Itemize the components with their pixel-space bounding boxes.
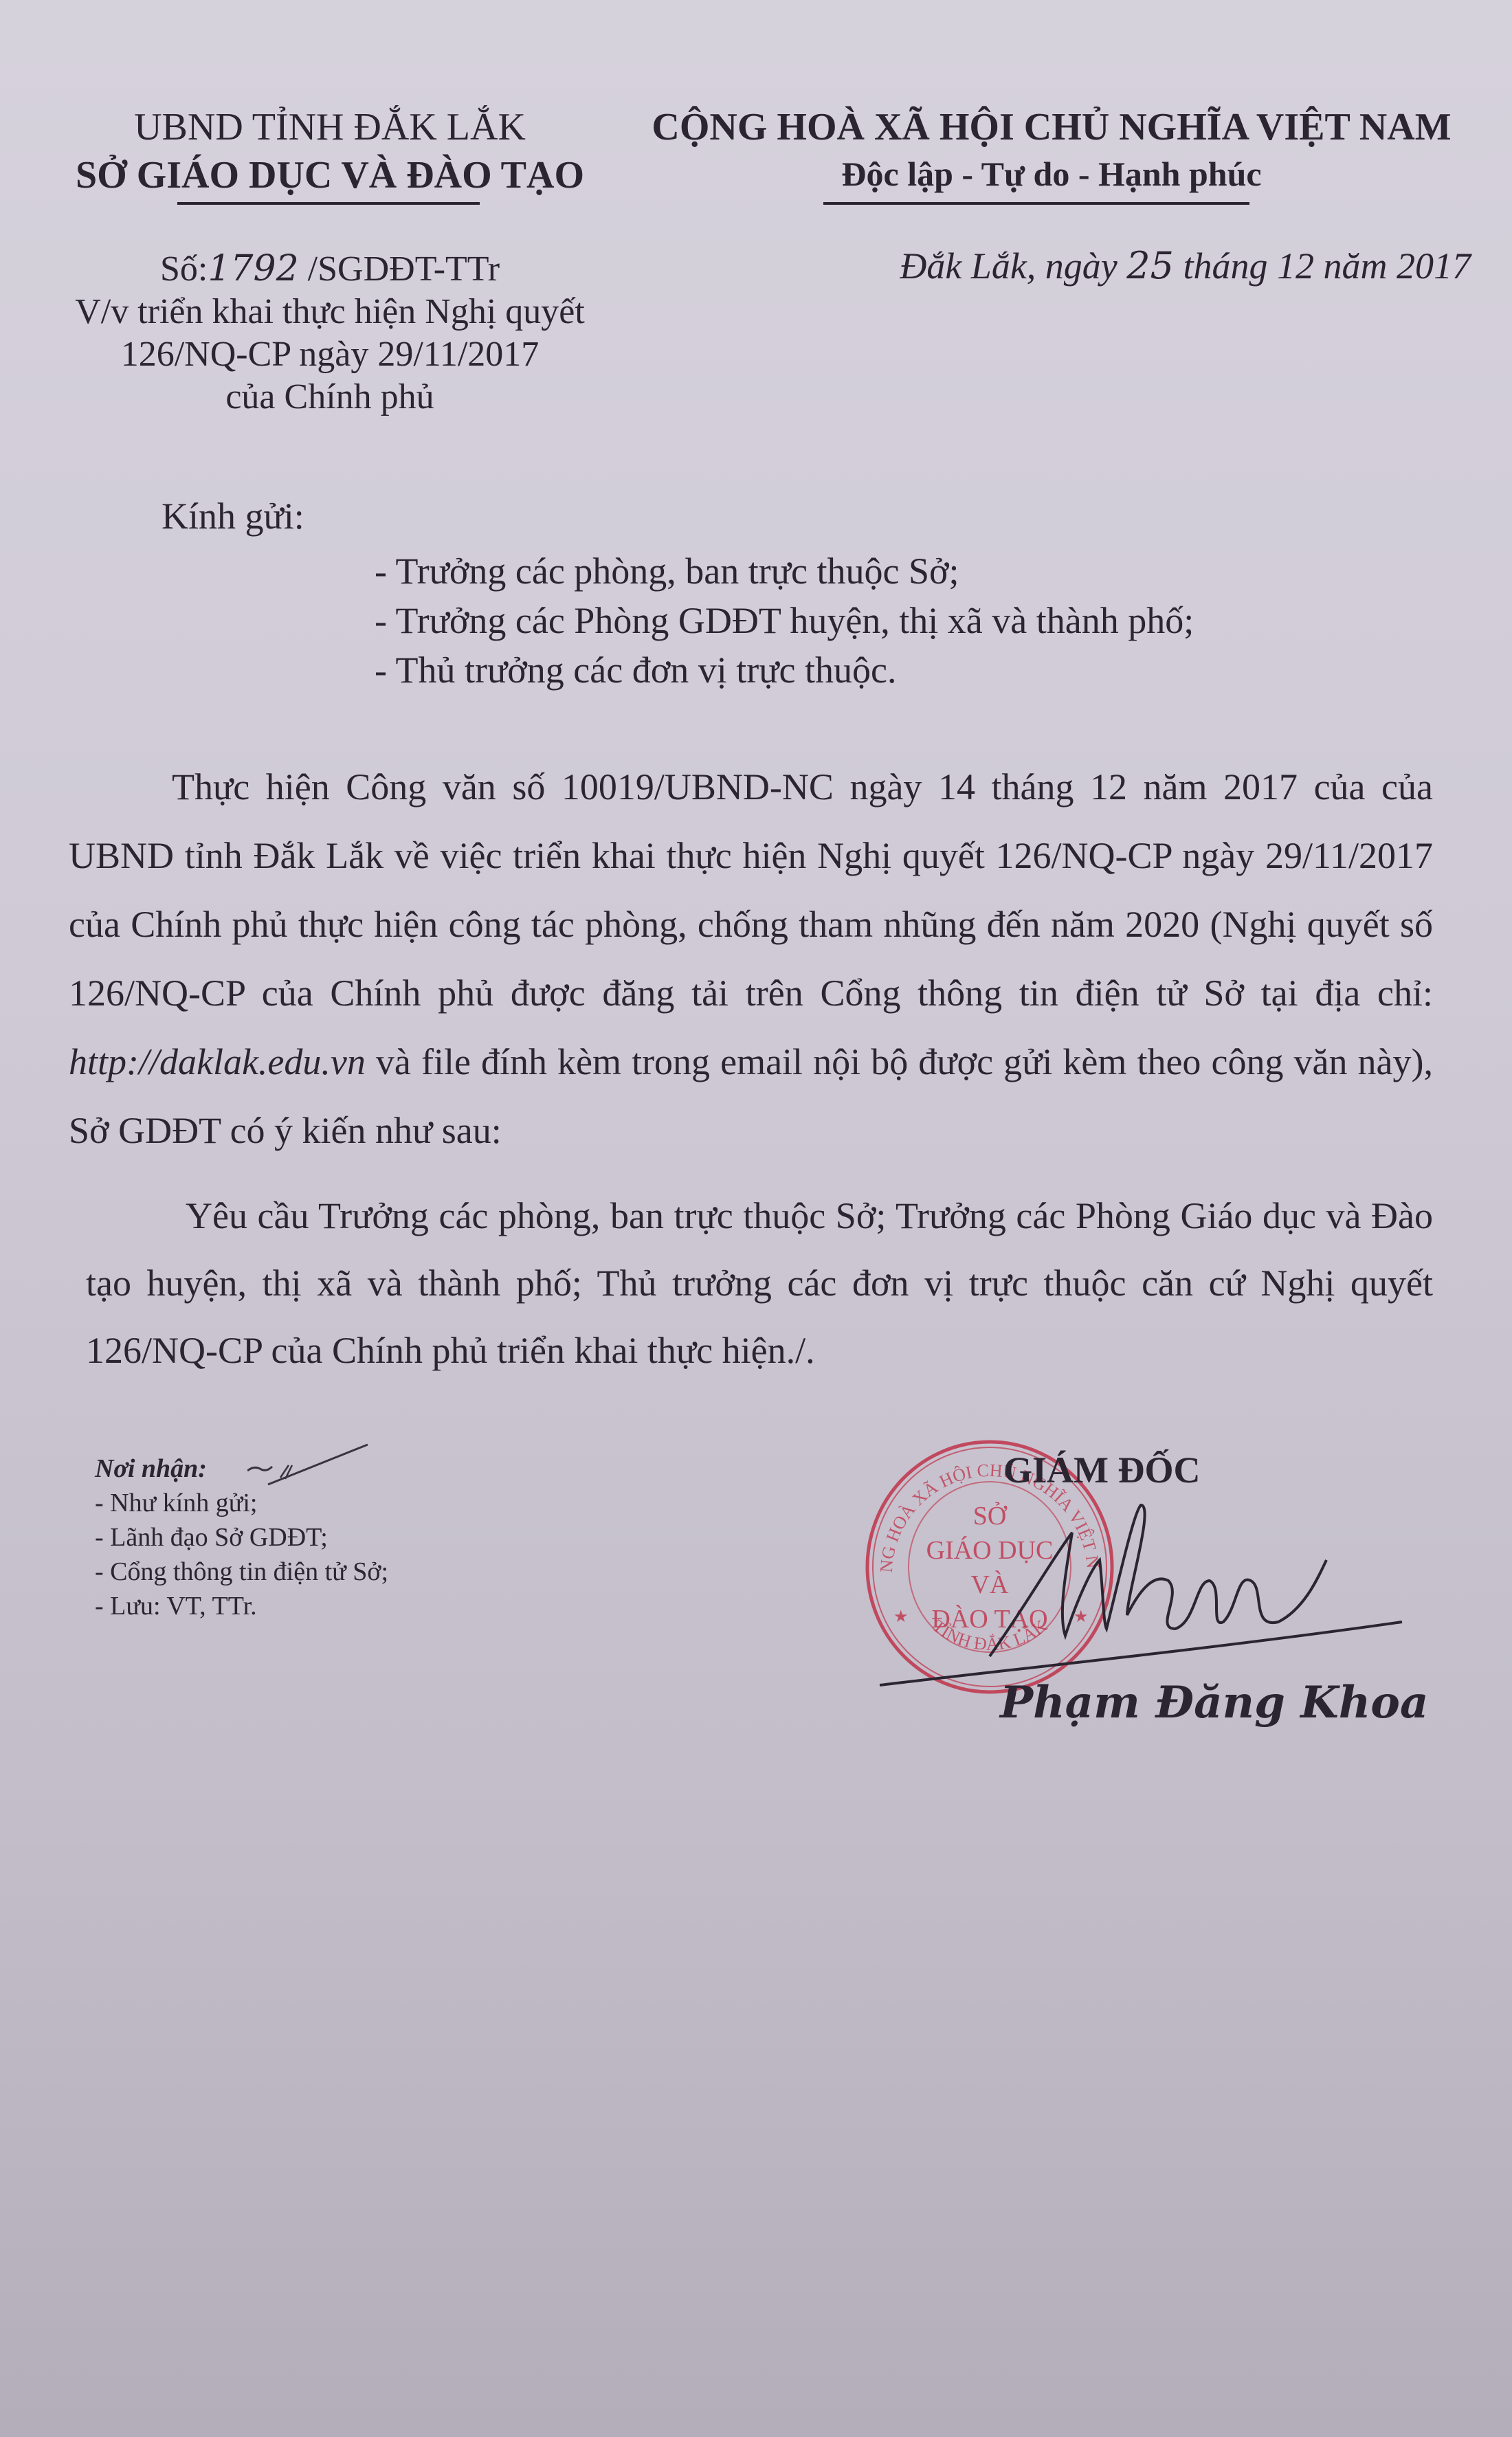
signatory-title: GIÁM ĐỐC (1003, 1449, 1200, 1491)
distribution-item: - Cổng thông tin điện tử Sở; (95, 1555, 388, 1589)
distribution-item: - Lãnh đạo Sở GDĐT; (95, 1520, 388, 1555)
department-name: SỞ GIÁO DỤC VÀ ĐÀO TẠO (27, 151, 632, 199)
subject-line-1: V/v triển khai thực hiện Nghị quyết (27, 291, 632, 333)
recipient-item: - Thủ trưởng các đơn vị trực thuộc. (375, 645, 1194, 695)
national-heading-block: CỘNG HOÀ XÃ HỘI CHỦ NGHĨA VIỆT NAM Độc l… (605, 103, 1498, 197)
issuing-authority-block: UBND TỈNH ĐẮK LẮK SỞ GIÁO DỤC VÀ ĐÀO TẠO (27, 103, 632, 205)
handwritten-signature-icon (866, 1491, 1416, 1698)
subject-line-3: của Chính phủ (27, 376, 632, 419)
salutation: Kính gửi: (162, 495, 304, 537)
body-paragraph-2: Yêu cầu Trưởng các phòng, ban trực thuộc… (86, 1182, 1433, 1384)
recipient-item: - Trưởng các Phòng GDĐT huyện, thị xã và… (375, 596, 1194, 645)
portal-link[interactable]: http://daklak.edu.vn (69, 1041, 366, 1082)
document-number-block: Số:1792 /SGDĐT-TTr V/v triển khai thực h… (27, 247, 632, 419)
handwritten-document-number: 1792 (208, 248, 298, 289)
place-date-prefix: Đắk Lắk, ngày (900, 245, 1126, 287)
recipients-list: - Trưởng các phòng, ban trực thuộc Sở; -… (375, 546, 1194, 695)
handwritten-day: 25 (1126, 244, 1174, 287)
motto-underline (823, 202, 1249, 205)
document-number-suffix: /SGDĐT-TTr (299, 249, 500, 289)
body-paragraph-1: Thực hiện Công văn số 10019/UBND-NC ngày… (69, 753, 1433, 1165)
provincial-authority: UBND TỈNH ĐẮK LẮK (27, 103, 632, 151)
signatory-name: Phạm Đăng Khoa (1000, 1677, 1428, 1728)
document-number-prefix: Số: (160, 249, 208, 289)
place-and-date: Đắk Lắk, ngày 25 tháng 12 năm 2017 (825, 244, 1471, 287)
national-title: CỘNG HOÀ XÃ HỘI CHỦ NGHĨA VIỆT NAM (605, 103, 1498, 151)
subject-line-2: 126/NQ-CP ngày 29/11/2017 (27, 333, 632, 376)
document-number: Số:1792 /SGDĐT-TTr (27, 247, 632, 291)
national-motto: Độc lập - Tự do - Hạnh phúc (605, 151, 1498, 197)
initial-mark-icon (247, 1436, 385, 1491)
recipient-item: - Trưởng các phòng, ban trực thuộc Sở; (375, 546, 1194, 596)
department-underline (177, 202, 480, 205)
distribution-item: - Lưu: VT, TTr. (95, 1589, 388, 1623)
place-date-suffix: tháng 12 năm 2017 (1174, 245, 1471, 287)
paragraph-1-text: Thực hiện Công văn số 10019/UBND-NC ngày… (69, 766, 1433, 1014)
